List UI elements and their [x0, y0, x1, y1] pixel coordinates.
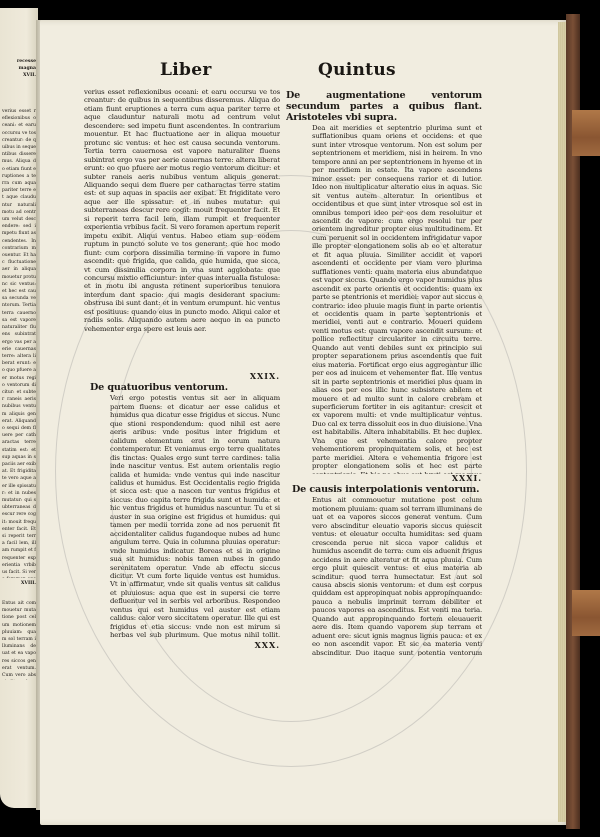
section-heading: De augmentatione ventorum secundum parte…: [286, 90, 482, 123]
clasp-strap-bottom: [572, 590, 600, 636]
paragraph: Entus ait commouetur mutatione post celu…: [286, 496, 482, 656]
left-page-fragment-body: verius esset reflexionibus oceani: et ea…: [2, 108, 36, 578]
left-page-chapter-marker: XVIII.: [2, 580, 36, 587]
chapter-number: XXX.: [84, 641, 280, 649]
left-page-fragment-top: recesse magna XVII.: [2, 58, 36, 80]
section-heading: De causis interpolationis ventorum.: [292, 484, 482, 495]
left-fragment-line: recesse: [2, 58, 36, 65]
text-column-left: verius esset reflexionibus oceani: et ea…: [84, 88, 280, 668]
clasp-strap-top: [572, 110, 600, 156]
left-fragment-line: magna: [2, 65, 36, 72]
paragraph: Veri ergo potestis ventus sit aer in ali…: [84, 394, 280, 641]
running-head-left: Liber: [160, 60, 212, 80]
paragraph: Dea ait meridies et septentrio plurima s…: [286, 124, 482, 474]
paragraph: verius esset reflexionibus oceani: et ea…: [84, 88, 280, 372]
left-fragment-line: XVII.: [2, 72, 36, 79]
chapter-number: XXXI.: [286, 474, 482, 482]
section-heading: De quatuoribus ventorum.: [90, 382, 280, 393]
running-head-right: Quintus: [318, 60, 396, 80]
text-column-right: De augmentatione ventorum secundum parte…: [286, 88, 482, 668]
left-page-edge: recesse magna XVII. verius esset reflexi…: [0, 8, 38, 808]
left-page-fragment-lower: Entus ait commouetur mutatione post celu…: [2, 600, 36, 680]
chapter-number: XXIX.: [84, 372, 280, 380]
